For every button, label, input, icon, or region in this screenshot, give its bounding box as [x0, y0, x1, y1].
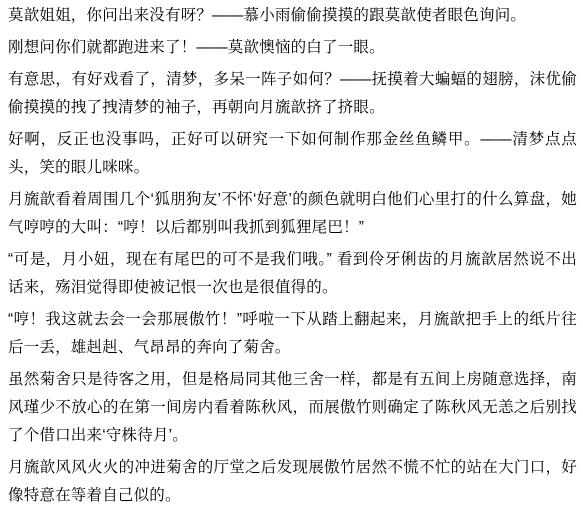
paragraph: 莫歆姐姐，你问出来没有呀？——慕小雨偷偷摸摸的跟莫歆使者眼色询问。 — [8, 2, 577, 30]
paragraph: 月旒歆看着周围几个‘狐朋狗友’不怀‘好意’的颜色就明白他们心里打的什么算盘，她气… — [8, 186, 577, 242]
paragraph: 好啊，反正也没事吗，正好可以研究一下如何制作那金丝鱼鳞甲。——清梦点点头，笑的眼… — [8, 126, 577, 182]
paragraph: “哼！我这就去会一会那展傲竹！”呼啦一下从踏上翻起来，月旒歆把手上的纸片往后一丢… — [8, 306, 577, 362]
paragraph: 月旒歆风风火火的冲进菊舍的厅堂之后发现展傲竹居然不慌不忙的站在大门口，好像特意在… — [8, 454, 577, 510]
paragraph: 有意思，有好戏看了，清梦，多呆一阵子如何？——抚摸着大蝙蝠的翅膀，沫优偷偷摸摸的… — [8, 66, 577, 122]
paragraph: 虽然菊舍只是待客之用，但是格局同其他三舍一样，都是有五间上房随意选择，南风瑾少不… — [8, 366, 577, 450]
novel-text-page: 莫歆姐姐，你问出来没有呀？——慕小雨偷偷摸摸的跟莫歆使者眼色询问。 刚想问你们就… — [0, 0, 583, 523]
paragraph: “可是，月小妞，现在有尾巴的可不是我们哦。” 看到伶牙俐齿的月旒歆居然说不出话来… — [8, 246, 577, 302]
paragraph: 刚想问你们就都跑进来了！——莫歆懊恼的白了一眼。 — [8, 34, 577, 62]
